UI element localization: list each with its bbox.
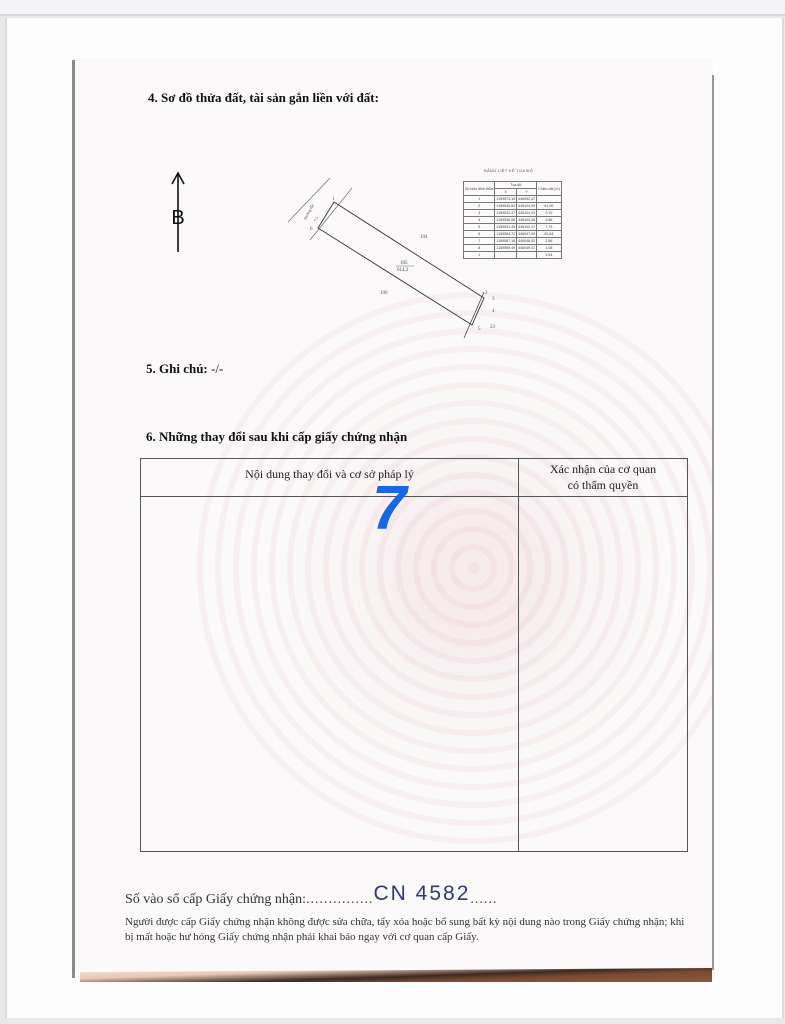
header-coords: Tọa độ: [495, 182, 537, 189]
svg-text:106: 106: [380, 291, 388, 296]
svg-text:6: 6: [310, 227, 313, 232]
coordinate-row: 81159569,49446049,471,08: [464, 245, 562, 252]
viewer-top-bar: [0, 0, 785, 16]
header-distance: Chiều dài (m): [537, 182, 562, 196]
header-divider: [141, 496, 687, 497]
svg-text:5: 5: [478, 327, 481, 332]
coordinate-table: Số hiệu đỉnh thửa Tọa độ Chiều dài (m) X…: [463, 181, 562, 259]
section-4-title: 4. Sơ đồ thửa đất, tài sản gắn liền với …: [148, 90, 379, 106]
coordinate-row: 61159564,72446047,0962,64: [464, 231, 562, 238]
registration-number: CN 4582: [374, 882, 471, 905]
header-x: X: [495, 189, 517, 196]
svg-text:3: 3: [492, 297, 495, 302]
svg-text:614,3: 614,3: [397, 268, 409, 273]
svg-text:105: 105: [400, 261, 408, 266]
section-6-title: 6. Những thay đổi sau khi cấp giấy chứng…: [146, 429, 407, 445]
svg-text:23: 23: [490, 325, 496, 330]
svg-text:1: 1: [332, 197, 335, 202]
svg-text:4: 4: [492, 309, 495, 314]
column-divider: [518, 459, 519, 851]
changes-table: Nội dung thay đổi và cơ sở pháp lý Xác n…: [140, 458, 688, 852]
north-arrow-icon: B: [168, 170, 188, 254]
page-right-edge: [712, 75, 714, 970]
header-point: Số hiệu đỉnh thửa: [464, 182, 495, 196]
svg-text:2: 2: [485, 291, 488, 296]
section-5-title: 5. Ghi chú:: [146, 361, 208, 376]
coordinate-table-title: BẢNG LIỆT KÊ TỌA ĐỘ: [484, 168, 533, 173]
svg-text:7,5: 7,5: [312, 216, 320, 223]
section-5-value: -/-: [211, 361, 223, 376]
overlay-page-number: 7: [372, 478, 406, 540]
svg-text:104: 104: [420, 235, 428, 240]
registration-label: Số vào sổ cấp Giấy chứng nhận:: [125, 892, 306, 907]
coordinate-row: 31159542,47446104,030,19: [464, 210, 562, 217]
authority-header: Xác nhận của cơ quan có thẩm quyền: [519, 461, 687, 493]
compass-label: B: [171, 207, 184, 229]
section-5-note: 5. Ghi chú: -/-: [146, 361, 223, 377]
coordinate-row: 51159531,45446102,177,75: [464, 224, 562, 231]
coordinate-row: 11159573,15446052,47: [464, 196, 562, 203]
coordinate-row: 21159540,84446104,0961,00: [464, 203, 562, 210]
registration-line: Số vào sổ cấp Giấy chứng nhận:..........…: [125, 885, 497, 909]
coordinate-row: 41159536,58446103,352,86: [464, 217, 562, 224]
changes-header: Nội dung thay đổi và cơ sở pháp lý: [141, 467, 518, 482]
coordinate-row: 13,54: [464, 252, 562, 259]
disclaimer-text: Người được cấp Giấy chứng nhận không đượ…: [125, 915, 685, 945]
header-y: Y: [517, 189, 537, 196]
page-left-edge: [72, 60, 75, 978]
coordinate-row: 71159567,18446048,522,86: [464, 238, 562, 245]
